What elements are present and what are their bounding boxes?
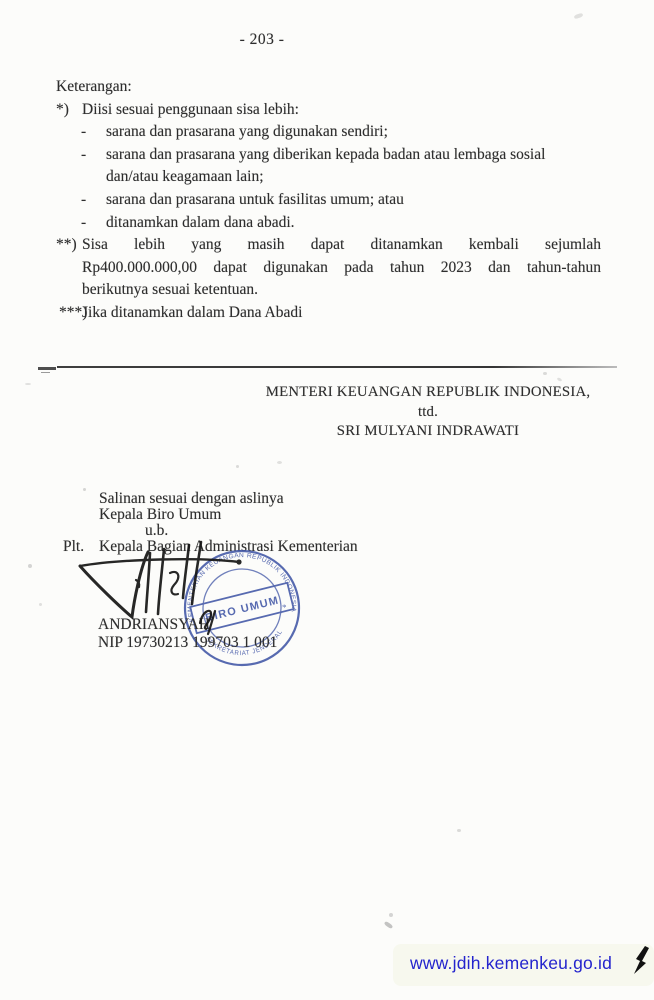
scan-artifact [384,921,394,929]
certification-line: Kepala Biro Umum [99,507,358,523]
list-item-text: ditanamkan dalam dana abadi. [106,212,599,235]
footnote-single-star: *) Diisi sesuai penggunaan sisa lebih: [56,99,601,122]
line: berikutnya sesuai ketentuan. [82,279,601,302]
scan-artifact [83,488,86,491]
list-item-text: sarana dan prasarana yang diberikan kepa… [106,144,599,189]
footer-url-link[interactable]: www.jdih.kemenkeu.go.id [410,953,650,974]
minister-signature-block: MENTERI KEUANGAN REPUBLIK INDONESIA, ttd… [255,383,601,442]
list-item: - sarana dan prasarana yang digunakan se… [81,121,601,144]
scan-artifact [543,372,547,375]
list-item: - sarana dan prasarana yang diberikan ke… [81,144,601,189]
scan-artifact [389,913,393,917]
divider-left-dash-faint [41,372,50,373]
scan-artifact [574,13,584,20]
divider-left-dash [38,367,56,370]
footnote-text: Sisa lebih yang masih dapat ditanamkan k… [82,234,601,302]
notes-section: Keterangan: *) Diisi sesuai penggunaan s… [56,76,601,325]
dash-bullet: - [81,121,106,144]
footnote-marker: **) [56,234,82,257]
dash-bullet: - [81,189,106,212]
notes-heading: Keterangan: [56,76,601,99]
footnote-double-star: **) Sisa lebih yang masih dapat ditanamk… [56,234,601,302]
list-item-text: sarana dan prasarana untuk fasilitas umu… [106,189,599,212]
footnote-text: Diisi sesuai penggunaan sisa lebih: [82,99,601,122]
scan-artifact [277,461,282,464]
horizontal-divider [57,366,617,368]
footnote-marker: ***) [56,302,82,325]
list-item: - sarana dan prasarana untuk fasilitas u… [81,189,601,212]
ttd-mark: ttd. [255,403,601,423]
justified-line: Sisa lebih yang masih dapat ditanamkan k… [82,234,601,257]
page-number: - 203 - [0,31,524,49]
scan-artifact [557,377,563,382]
scanned-document-page: { "page": { "number": "- 203 -" }, "note… [0,0,654,1000]
list-item-text: sarana dan prasarana yang digunakan send… [106,121,599,144]
cursor-icon [632,944,654,976]
scan-artifact [457,829,461,832]
scan-artifact [28,564,32,568]
scan-artifact [25,383,31,385]
scan-artifact [39,603,42,606]
footnote-triple-star: ***) Jika ditanamkan dalam Dana Abadi [56,302,601,325]
justified-line: Rp400.000.000,00 dapat digunakan pada ta… [82,257,601,280]
scan-artifact [236,465,239,468]
list-item: - ditanamkan dalam dana abadi. [81,212,601,235]
dash-bullet: - [81,212,106,235]
minister-name: SRI MULYANI INDRAWATI [255,422,601,442]
dash-bullet: - [81,144,106,189]
footnote-text: Jika ditanamkan dalam Dana Abadi [82,302,601,325]
footnote-marker: *) [56,99,82,122]
certification-line: Salinan sesuai dengan aslinya [99,491,358,507]
minister-title: MENTERI KEUANGAN REPUBLIK INDONESIA, [255,383,601,403]
handwritten-signature [60,535,320,655]
